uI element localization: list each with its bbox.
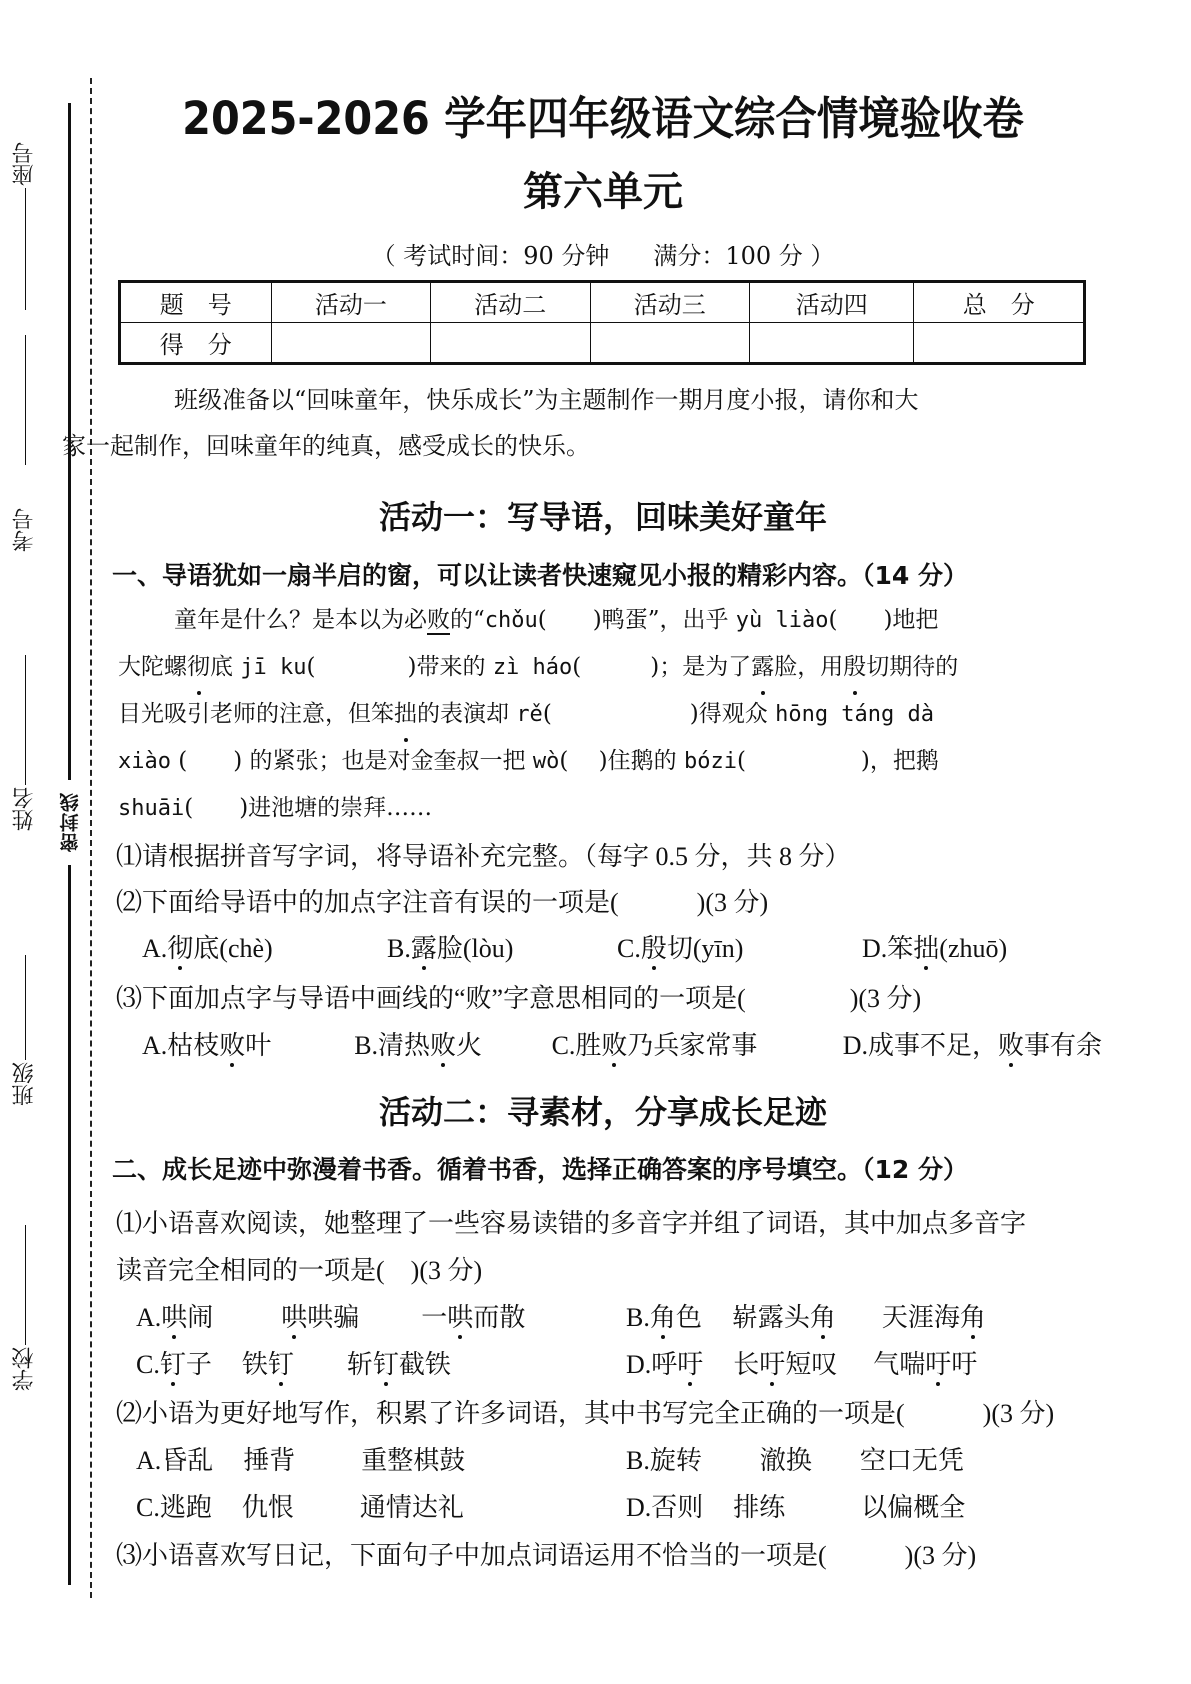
text-fragment: B. [626, 1446, 650, 1475]
seat-number-label: 座号 [12, 140, 38, 188]
text-fragment: yù liào [736, 608, 829, 633]
fold-dashed-line [90, 78, 92, 1598]
text-fragment: 角 [960, 1297, 986, 1334]
text-fragment: 哄 [447, 1297, 473, 1334]
text-fragment: 斩 [347, 1350, 373, 1379]
blank-re[interactable]: ( )得观众 [543, 701, 775, 727]
school-field[interactable]: 学校 [10, 1225, 40, 1393]
q1-sub-2[interactable]: ⑵下面给导语中的加点字注音有误的一项是( )(3 分) [116, 882, 1106, 919]
text-fragment: 切(yīn) [667, 934, 744, 963]
header-question-number: 题 号 [120, 282, 272, 323]
header-total: 总 分 [914, 282, 1085, 323]
score-cell-activity-4[interactable] [750, 323, 914, 364]
q2-sub-2-options-row-1: A.昏乱捶背重整棋鼓 B.旋转澈换空口无凭 [136, 1440, 1096, 1477]
text-fragment: 逃跑 [160, 1487, 242, 1524]
text-fragment: 乃兵家常事 [627, 1031, 757, 1060]
text-fragment: rě [516, 702, 543, 727]
text-fragment: 殷 [641, 928, 667, 965]
q2-sub-1-line-2[interactable]: 读音完全相同的一项是( )(3 分) [116, 1250, 1106, 1287]
text-fragment: B.清热 [354, 1031, 430, 1060]
passage-line-4: xiào ( ) 的紧张；也是对金奎叔一把 wò( )住鹅的 bózi( )，把… [118, 738, 1088, 785]
text-fragment: 露 [751, 644, 774, 690]
full-score: 满分：100 分 ） [653, 242, 834, 270]
text-fragment: 切期待的 [866, 654, 958, 680]
option-c[interactable]: C.钉子铁钉斩钉截铁 [136, 1344, 626, 1381]
text-fragment: 天涯海 [882, 1303, 960, 1332]
text-fragment: 殷 [843, 644, 866, 690]
text-fragment: 否则 [651, 1487, 733, 1524]
text-fragment: 子 [186, 1350, 212, 1379]
text-fragment: 拙 [913, 928, 939, 965]
text-fragment: B. [626, 1303, 650, 1332]
exam-time: （ 考试时间：90 分钟 [372, 242, 610, 270]
exam-number-line[interactable] [25, 335, 26, 465]
unit-subtitle: 第六单元 [118, 160, 1088, 217]
text-fragment: 露 [411, 928, 437, 965]
text-fragment: 拙 [394, 691, 417, 737]
text-fragment: 色 [676, 1303, 702, 1332]
blank-jiku[interactable]: ( )带来的 [307, 654, 493, 680]
passage: 童年是什么？是本以为必败的“chǒu( )鸭蛋”，出乎 yù liào( )地把… [118, 597, 1088, 832]
text-fragment: 哄闹 [161, 1297, 281, 1334]
q2-sub-1-options-row-2: C.钉子铁钉斩钉截铁 D.呼吁长吁短叹气喘吁吁 [136, 1344, 1096, 1381]
score-table-header-row: 题 号 活动一 活动二 活动三 活动四 总 分 [120, 282, 1085, 323]
school-line[interactable] [25, 1225, 26, 1345]
text-fragment: 澈换 [760, 1440, 860, 1477]
school-label: 学校 [12, 1345, 38, 1393]
text-fragment: 钉 [268, 1344, 294, 1381]
text-fragment: 长 [733, 1350, 759, 1379]
header-activity-1: 活动一 [271, 282, 430, 323]
text-fragment: 一 [421, 1303, 447, 1332]
text-fragment: 底 [210, 654, 240, 680]
option-a[interactable]: A.昏乱捶背重整棋鼓 [136, 1440, 626, 1477]
text-fragment: 吁 [759, 1344, 785, 1381]
text-fragment: 铁钉 [242, 1344, 347, 1381]
text-fragment: 角 [650, 1297, 676, 1334]
text-fragment: 事有余 [1024, 1031, 1102, 1060]
q1-sub-3[interactable]: ⑶下面加点字与导语中画线的“败”字意思相同的一项是( )(3 分) [116, 978, 1106, 1015]
text-fragment: 闹 [187, 1303, 213, 1332]
text-fragment: 一哄而散 [421, 1297, 525, 1334]
q2-sub-2-options-row-2: C.逃跑仇恨通情达礼 D.否则排练以偏概全 [136, 1487, 1096, 1524]
blank-chou[interactable]: ( )鸭蛋”，出乎 [538, 607, 736, 633]
underlined-bai: 败 [427, 607, 450, 635]
text-fragment: D. [626, 1493, 651, 1522]
text-fragment: B. [387, 934, 411, 963]
text-fragment: jī ku [240, 655, 306, 680]
text-fragment: 题 号 活动一 活动二 活动三 活动四 总 分 得 分 [120, 282, 1085, 364]
seat-number-line[interactable] [25, 188, 26, 310]
text-fragment: 斩钉截铁 [347, 1344, 451, 1381]
option-c[interactable]: C.殷切(yīn) [617, 928, 862, 965]
text-fragment: D.成事不足， [843, 1031, 998, 1060]
text-fragment: 气喘 [873, 1350, 925, 1379]
text-fragment: 哄 [281, 1297, 307, 1334]
q1-sub-3-options: A.枯枝败叶 B.清热败火 C.胜败乃兵家常事 D.成事不足，败事有余 [142, 1025, 1102, 1062]
text-fragment: A. [136, 1303, 161, 1332]
text-fragment: bózi [684, 749, 737, 774]
text-fragment: 仇恨 [242, 1487, 360, 1524]
text-fragment: 以偏概全 [861, 1487, 965, 1524]
seal-line-label: 密封线 [58, 780, 82, 865]
header-activity-4: 活动四 [750, 282, 914, 323]
intro-line-1: 班级准备以“回味童年，快乐成长”为主题制作一期月度小报，请你和大 [174, 386, 919, 414]
text-fragment: 呼 [651, 1350, 677, 1379]
text-fragment: 目光吸引老师的注意，但笨 [118, 701, 394, 727]
text-fragment: 旋转 [650, 1440, 760, 1477]
blank-hongtangdaxiao[interactable]: ( ) 的紧张；也是对金奎叔一把 [171, 748, 533, 774]
option-b[interactable]: B.旋转澈换空口无凭 [626, 1440, 964, 1477]
text-fragment: chǒu [485, 608, 538, 633]
score-table: 题 号 活动一 活动二 活动三 活动四 总 分 得 分 [118, 280, 1086, 365]
blank-shuai[interactable]: ( )进池塘的崇拜…… [184, 795, 432, 821]
name-label: 姓名 [12, 785, 38, 833]
text-fragment: 捶背 [243, 1440, 361, 1477]
text-fragment: D.笨 [862, 934, 913, 963]
score-cell-activity-2[interactable] [431, 323, 590, 364]
passage-line-2: 大陀螺彻底 jī ku( )带来的 zì háo( )；是为了露脸，用殷切期待的 [118, 644, 1088, 691]
text-fragment: 脸，用 [774, 654, 843, 680]
class-line[interactable] [25, 955, 26, 1060]
row-label-score: 得 分 [120, 323, 272, 364]
text-fragment: shuāi [118, 796, 184, 821]
passage-line-3: 目光吸引老师的注意，但笨拙的表演却 rě( )得观众 hōng táng dà [118, 691, 1088, 738]
text-fragment: 哄哄骗 [281, 1297, 421, 1334]
text-fragment: wò [533, 749, 560, 774]
text-fragment: 叶 [245, 1031, 271, 1060]
text-fragment: 天涯海角 [882, 1297, 986, 1334]
text-fragment: 的表演却 [417, 701, 516, 727]
seal-line [68, 865, 71, 1585]
text-fragment: C. [617, 934, 641, 963]
blank-yuliao[interactable]: ( )地把 [828, 607, 938, 633]
option-d[interactable]: D.成事不足，败事有余 [843, 1025, 1102, 1062]
blank-wo[interactable]: ( )住鹅的 [559, 748, 684, 774]
text-fragment: 彻 [187, 644, 210, 690]
score-table-score-row: 得 分 [120, 323, 1085, 364]
text-fragment: 通情达礼 [360, 1487, 464, 1524]
text-fragment: 火 [456, 1031, 482, 1060]
text-fragment: 排练 [733, 1487, 861, 1524]
question-2-heading: 二、成长足迹中弥漫着书香。循着书香，选择正确答案的序号填空。（12 分） [112, 1150, 1092, 1186]
text-fragment: 短叹 [785, 1350, 837, 1379]
header-activity-2: 活动二 [431, 282, 590, 323]
question-1-heading: 一、导语犹如一扇半启的窗，可以让读者快速窥见小报的精彩内容。（14 分） [112, 556, 1092, 592]
text-fragment: C.胜 [552, 1031, 602, 1060]
option-b[interactable]: B.清热败火 [354, 1025, 551, 1062]
text-fragment: 气喘吁吁 [873, 1344, 977, 1381]
text-fragment: 吁 [925, 1344, 951, 1381]
text-fragment: 败 [219, 1025, 245, 1062]
text-fragment: 重整棋鼓 [361, 1440, 465, 1477]
class-field[interactable]: 班级 [10, 955, 40, 1108]
text-fragment: C. [136, 1350, 160, 1379]
score-cell-total[interactable] [914, 323, 1085, 364]
text-fragment: 昏乱 [161, 1440, 243, 1477]
text-fragment: 而散 [473, 1303, 525, 1332]
text-fragment: 哄 [161, 1297, 187, 1334]
text-fragment: 吁 [677, 1344, 703, 1381]
activity-1-title: 活动一：写导语，回味美好童年 [118, 492, 1088, 538]
seat-number-field[interactable]: 座号 [10, 140, 40, 310]
name-line[interactable] [25, 655, 26, 785]
exam-number-line-wrap[interactable] [10, 335, 40, 465]
text-fragment: 败 [430, 1025, 456, 1062]
text-fragment: 哄骗 [307, 1303, 359, 1332]
blank-bozi[interactable]: ( )，把鹅 [737, 748, 939, 774]
option-d[interactable]: D.否则排练以偏概全 [626, 1487, 965, 1524]
option-d[interactable]: D.笨拙(zhuō) [862, 928, 1007, 965]
q2-sub-1-line-1: ⑴小语喜欢阅读，她整理了一些容易读错的多音字并组了词语，其中加点多音字 [116, 1203, 1106, 1240]
text-fragment: 钉 [160, 1344, 186, 1381]
passage-line-1: 童年是什么？是本以为必败的“chǒu( )鸭蛋”，出乎 yù liào( )地把 [118, 597, 1088, 644]
text-fragment: 的“ [450, 607, 485, 633]
text-fragment: 底(chè) [193, 934, 272, 963]
text-fragment: C. [136, 1493, 160, 1522]
text-fragment: xiào [118, 749, 171, 774]
option-a[interactable]: A.彻底(chè) [142, 928, 387, 965]
option-a[interactable]: A.哄闹哄哄骗一哄而散 [136, 1297, 626, 1334]
binding-strip: 密封线 座号 考号 姓名 班级 学校 [0, 0, 110, 1684]
text-fragment: A.枯枝 [142, 1031, 219, 1060]
text-fragment: hōng táng dà [775, 702, 934, 727]
exam-number-label: 考号 [12, 506, 38, 554]
q2-sub-3[interactable]: ⑶小语喜欢写日记，下面句子中加点词语运用不恰当的一项是( )(3 分) [116, 1535, 1106, 1572]
option-c[interactable]: C.逃跑仇恨通情达礼 [136, 1487, 626, 1524]
intro-line-2: 家一起制作，回味童年的纯真，感受成长的快乐。 [62, 423, 590, 469]
text-fragment: A. [142, 934, 167, 963]
option-c[interactable]: C.胜败乃兵家常事 [552, 1025, 843, 1062]
q1-sub-1: ⑴请根据拼音写字词，将导语补充完整。（每字 0.5 分，共 8 分） [116, 836, 1106, 873]
text-fragment: (zhuō) [939, 934, 1007, 963]
text-fragment: 长吁短叹 [733, 1344, 873, 1381]
option-a[interactable]: A.枯枝败叶 [142, 1025, 354, 1062]
text-fragment: A. [136, 1446, 161, 1475]
text-fragment: 吁 [951, 1350, 977, 1379]
exam-title: 2025-2026 学年四年级语文综合情境验收卷 [157, 82, 1049, 147]
activity-2-title: 活动二：寻素材，分享成长足迹 [118, 1087, 1088, 1133]
intro-paragraph: 班级准备以“回味童年，快乐成长”为主题制作一期月度小报，请你和大 家一起制作，回… [118, 377, 1088, 469]
q2-sub-1-options-row-1: A.哄闹哄哄骗一哄而散 B.角色崭露头角天涯海角 [136, 1297, 1096, 1334]
score-cell-activity-3[interactable] [590, 323, 749, 364]
option-b[interactable]: B.露脸(lòu) [387, 928, 617, 965]
text-fragment: 崭露头 [732, 1303, 810, 1332]
text-fragment: 角 [810, 1297, 836, 1334]
text-fragment: 截铁 [399, 1350, 451, 1379]
option-b[interactable]: B.角色崭露头角天涯海角 [626, 1297, 986, 1334]
text-fragment: 大陀螺 [118, 654, 187, 680]
q2-sub-2[interactable]: ⑵小语为更好地写作，积累了许多词语，其中书写完全正确的一项是( )(3 分) [116, 1393, 1106, 1430]
option-d[interactable]: D.呼吁长吁短叹气喘吁吁 [626, 1344, 977, 1381]
exam-info: （ 考试时间：90 分钟满分：100 分 ） [118, 236, 1088, 271]
text-fragment: 钉子 [160, 1344, 242, 1381]
text-fragment: 呼吁 [651, 1344, 733, 1381]
text-fragment: 脸(lòu) [437, 934, 514, 963]
header-activity-3: 活动三 [590, 282, 749, 323]
text-fragment: 铁 [242, 1350, 268, 1379]
text-fragment: 崭露头角 [732, 1297, 882, 1334]
text-fragment: 角色 [650, 1297, 732, 1334]
text-fragment: 钉 [373, 1344, 399, 1381]
text-fragment: 败 [998, 1025, 1024, 1062]
text-fragment: 彻 [167, 928, 193, 965]
class-label: 班级 [12, 1060, 38, 1108]
q1-sub-2-options: A.彻底(chè) B.露脸(lòu) C.殷切(yīn) D.笨拙(zhuō) [142, 928, 1102, 965]
text-fragment: 空口无凭 [860, 1440, 964, 1477]
passage-line-5: shuāi( )进池塘的崇拜…… [118, 785, 1088, 832]
name-field[interactable]: 姓名 [10, 655, 40, 833]
score-cell-activity-1[interactable] [271, 323, 430, 364]
text-fragment: 败 [601, 1025, 627, 1062]
blank-zihao[interactable]: ( )；是为了 [572, 654, 751, 680]
text-fragment: D. [626, 1350, 651, 1379]
text-fragment: 童年是什么？是本以为必 [174, 607, 427, 633]
text-fragment: zì háo [493, 655, 572, 680]
